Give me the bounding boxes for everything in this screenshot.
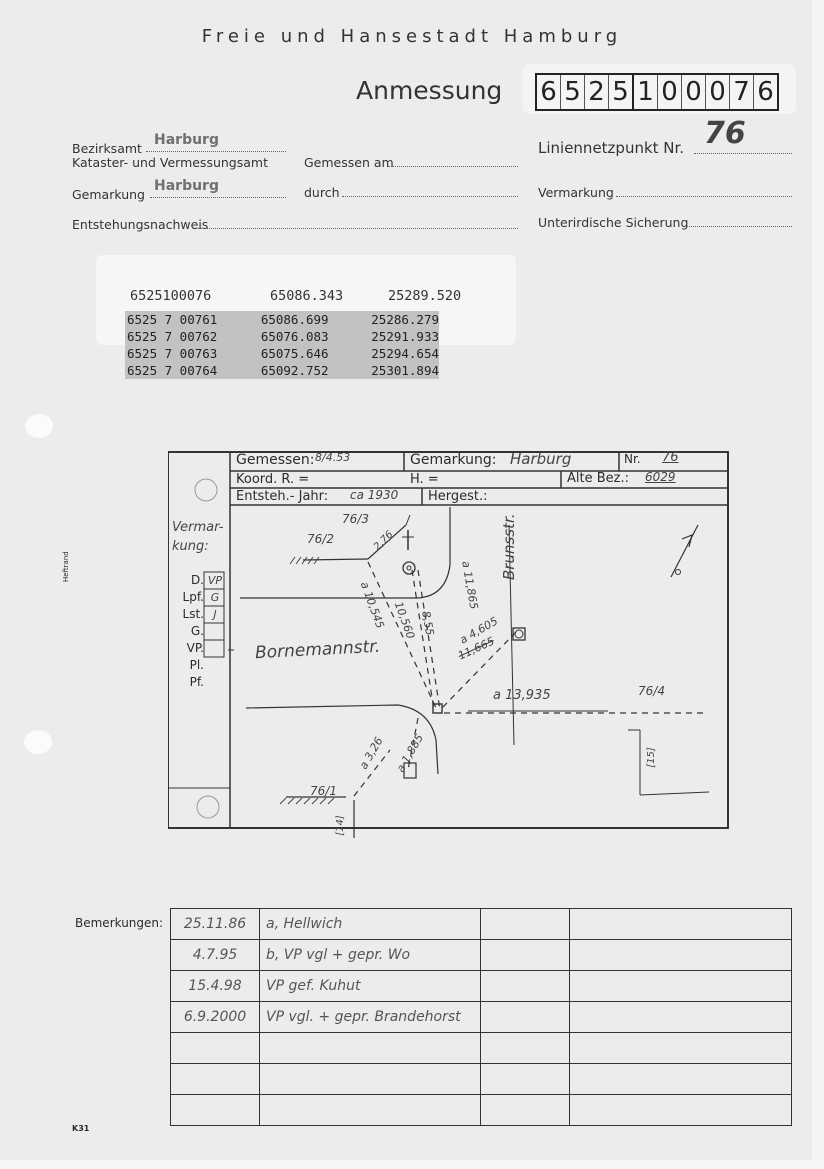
vermarkung-item-label: G. (178, 623, 204, 640)
vermarkung-item-label: D. (178, 572, 204, 589)
unterirdische-sicherung-label: Unterirdische Sicherung (538, 215, 688, 230)
gemarkung-line (150, 197, 286, 198)
point-number-digit: 7 (729, 75, 753, 109)
sketch-hergest-label: Hergest.: (428, 489, 488, 504)
sketch-entsteh-value: ca 1930 (350, 488, 398, 502)
vermarkung-item-label: Pl. (178, 657, 204, 674)
parcel-label: 76/3 (342, 512, 369, 526)
sketch-gemessen-label: Gemessen: (236, 452, 315, 468)
unterirdische-sicherung-line (686, 226, 792, 227)
remarks-date (171, 1095, 260, 1126)
remarks-empty-cell (570, 1095, 792, 1126)
coordinate-strip: 6525 7 0076165086.69925286.279 6525 7 00… (125, 311, 439, 379)
remarks-text: VP gef. Kuhut (260, 971, 481, 1002)
sketch-alte-bez-label: Alte Bez.: (567, 471, 629, 486)
gemarkung-label: Gemarkung (72, 187, 145, 202)
remarks-empty-cell (570, 971, 792, 1002)
coordinate-row: 6525 7 0076165086.69925286.279 (125, 311, 439, 328)
remarks-text: b, VP vgl + gepr. Wo (260, 940, 481, 971)
page-edge (812, 0, 824, 1169)
remarks-empty-cell (570, 909, 792, 940)
remarks-date: 4.7.95 (171, 940, 260, 971)
remarks-date (171, 1033, 260, 1064)
vermarkung-item-value (205, 674, 225, 691)
remarks-row (171, 1095, 792, 1126)
sketch-vermarkung-title: Vermar-kung: (172, 518, 232, 556)
sketch-nr-label: Nr. (624, 452, 641, 466)
remarks-row: 6.9.2000VP vgl. + gepr. Brandehorst (171, 1002, 792, 1033)
remarks-empty-cell (481, 1033, 570, 1064)
remarks-text (260, 1033, 481, 1064)
remarks-empty-cell (481, 909, 570, 940)
bezirksamt-stamp: Harburg (154, 132, 219, 148)
main-point-r: 65086.343 (270, 288, 388, 304)
main-point-id: 6525100076 (130, 288, 270, 304)
vermarkung-label: Vermarkung (538, 185, 614, 200)
vermarkung-item-value: J (205, 606, 225, 623)
point-number-boxes: 6525100076 (535, 73, 779, 111)
point-number-digit: 0 (681, 75, 705, 109)
vermarkung-item-label: VP. (178, 640, 204, 657)
remarks-empty-cell (570, 1033, 792, 1064)
point-number-digit: 1 (632, 75, 657, 109)
street-bruns: Brunsstr. (500, 513, 518, 580)
vermarkung-item-value: VP (205, 572, 225, 589)
remarks-empty-cell (481, 1064, 570, 1095)
parcel-label: 76/1 (310, 784, 337, 798)
sketch-koord-h-label: H. = (410, 472, 439, 487)
punch-hole (25, 414, 53, 438)
bezirksamt-line (146, 151, 286, 152)
point-number-digit: 0 (657, 75, 681, 109)
liniennetzpunkt-value: 76 (704, 116, 746, 151)
durch-line (342, 196, 518, 197)
vermarkung-item-label: Lpf. (178, 589, 204, 606)
sketch-nr-value: 76 (662, 450, 679, 465)
kataster-label: Kataster- und Vermessungsamt (72, 155, 268, 170)
point-number-digit: 2 (584, 75, 608, 109)
liniennetzpunkt-label: Liniennetzpunkt Nr. (538, 139, 684, 157)
remarks-label: Bemerkungen: (75, 916, 163, 930)
heftrand-label: Heftrand (62, 551, 70, 582)
remarks-date: 25.11.86 (171, 909, 260, 940)
vermarkung-item-value: G (205, 589, 225, 606)
remarks-empty-cell (570, 1064, 792, 1095)
coordinate-row: 6525 7 0076265076.08325291.933 (125, 328, 439, 345)
vermarkung-item-label: Pf. (178, 674, 204, 691)
sketch-koord-r-label: Koord. R. = (236, 472, 309, 487)
remarks-date (171, 1064, 260, 1095)
document-title: Freie und Hansestadt Hamburg (0, 26, 824, 47)
entstehungsnachweis-label: Entstehungsnachweis (72, 217, 208, 232)
sketch-entsteh-label: Entsteh.- Jahr: (236, 489, 328, 504)
main-point-h: 25289.520 (388, 288, 461, 304)
vermarkung-item-label: Lst. (178, 606, 204, 623)
form-code: K31 (72, 1124, 89, 1133)
document-subtitle: Anmessung (356, 76, 502, 105)
vermarkung-values: VPGJ (205, 572, 225, 691)
remarks-empty-cell (481, 940, 570, 971)
remarks-text: VP vgl. + gepr. Brandehorst (260, 1002, 481, 1033)
main-coordinate-row: 6525100076 65086.343 25289.520 (130, 288, 461, 304)
coordinate-row: 6525 7 0076465092.75225301.894 (125, 362, 439, 379)
vermarkung-item-value (205, 657, 225, 674)
durch-label: durch (304, 185, 340, 200)
remarks-text: a, Hellwich (260, 909, 481, 940)
remarks-date: 15.4.98 (171, 971, 260, 1002)
remarks-empty-cell (481, 1095, 570, 1126)
gemarkung-stamp: Harburg (154, 178, 219, 194)
remarks-table: 25.11.86a, Hellwich4.7.95b, VP vgl + gep… (170, 908, 792, 1126)
remarks-row: 25.11.86a, Hellwich (171, 909, 792, 940)
remarks-empty-cell (481, 971, 570, 1002)
point-number-digit: 5 (560, 75, 584, 109)
house-number: [14] (335, 815, 346, 836)
coordinate-row: 6525 7 0076365075.64625294.654 (125, 345, 439, 362)
remarks-empty-cell (570, 940, 792, 971)
parcel-label: 76/2 (307, 532, 334, 546)
gemessen-am-label: Gemessen am (304, 155, 394, 170)
point-number-digit: 0 (705, 75, 729, 109)
house-number: [15] (646, 747, 657, 768)
bezirksamt-label: Bezirksamt (72, 141, 142, 156)
remarks-text (260, 1095, 481, 1126)
page-edge-bottom (0, 1160, 824, 1169)
remarks-row (171, 1033, 792, 1064)
gemessen-am-line (388, 166, 518, 167)
remarks-row: 15.4.98VP gef. Kuhut (171, 971, 792, 1002)
sketch-gemarkung-value: Harburg (510, 450, 571, 468)
remarks-row (171, 1064, 792, 1095)
punch-hole (24, 730, 52, 754)
measurement: a 13,935 (493, 688, 551, 703)
entstehungsnachweis-line (198, 228, 518, 229)
parcel-label: 76/4 (638, 684, 665, 698)
remarks-empty-cell (481, 1002, 570, 1033)
sketch-gemarkung-label: Gemarkung: (410, 452, 496, 468)
remarks-text (260, 1064, 481, 1095)
vermarkung-line (616, 196, 792, 197)
point-number-digit: 5 (608, 75, 632, 109)
remarks-empty-cell (570, 1002, 792, 1033)
vermarkung-item-value (205, 623, 225, 640)
sketch-alte-bez-value: 6029 (645, 470, 676, 484)
point-number-digit: 6 (753, 75, 777, 109)
vermarkung-item-value (205, 640, 225, 657)
sketch-gemessen-value: 8/4.53 (315, 451, 350, 464)
point-number-digit: 6 (537, 75, 560, 109)
vermarkung-list: D.Lpf.Lst.G.VP.Pl.Pf. (178, 572, 204, 691)
remarks-row: 4.7.95b, VP vgl + gepr. Wo (171, 940, 792, 971)
liniennetzpunkt-line (694, 153, 792, 154)
remarks-date: 6.9.2000 (171, 1002, 260, 1033)
